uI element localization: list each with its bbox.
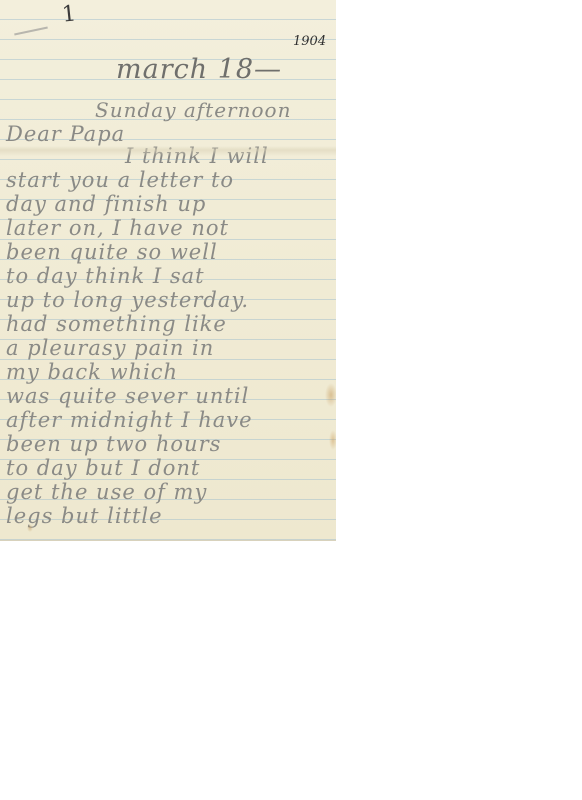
letter-date: march 18— [116,54,282,85]
letter-line: to day think I sat [6,264,205,288]
page-number: 1 [61,1,79,27]
letter-line: was quite sever until [6,384,249,408]
letter-line: had something like [6,312,227,336]
letter-line: after midnight I have [6,408,253,432]
letter-line: to day but I dont [6,456,200,480]
letter-line: been quite so well [6,240,218,264]
letter-line: day and finish up [6,192,206,216]
pencil-mark [14,26,48,35]
letter-salutation: Dear Papa [6,122,125,146]
letter-line: legs but little [6,504,163,528]
letter-line: my back which [6,360,178,384]
letter-year: 1904 [293,34,326,49]
letter-line: I think I will [125,144,269,168]
letter-line: get the use of my [6,480,207,504]
letter-line: start you a letter to [6,168,234,192]
letter-line: later on, I have not [6,216,229,240]
letter-line: been up two hours [6,432,221,456]
letter-page: 1 1904 march 18— Sunday afternoon Dear P… [0,0,336,540]
letter-subheading: Sunday afternoon [95,98,291,122]
letter-line: up to long yesterday. [6,288,249,312]
letter-line: a pleurasy pain in [6,336,214,360]
